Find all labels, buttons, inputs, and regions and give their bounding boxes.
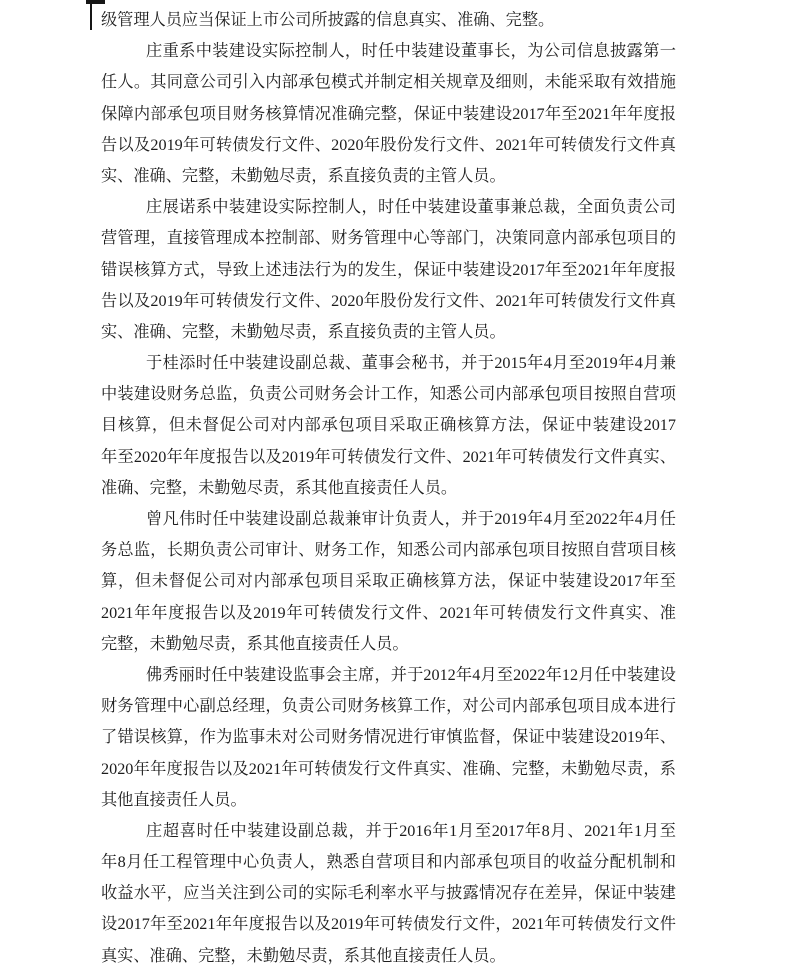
text-line: 真实、准确、完整，未勤勉尽责，系其他直接责任人员。 [101, 941, 676, 972]
paragraph: 佛秀丽时任中装建设监事会主席，并于2012年4月至2022年12月任中装建设财务… [101, 660, 676, 816]
text-line: 其他直接责任人员。 [101, 785, 676, 816]
text-line: 佛秀丽时任中装建设监事会主席，并于2012年4月至2022年12月任中装建设 [101, 660, 676, 691]
text-line: 实、准确、完整，未勤勉尽责，系直接负责的主管人员。 [101, 161, 676, 192]
text-line: 算，但未督促公司对内部承包项目采取正确核算方法，保证中装建设2017年至 [101, 566, 676, 597]
text-line: 中装建设财务总监，负责公司财务会计工作，知悉公司内部承包项目按照自营项 [101, 379, 676, 410]
text-line: 庄展诺系中装建设实际控制人，时任中装建设董事兼总裁，全面负责公司经 [101, 192, 676, 223]
text-line: 收益水平，应当关注到公司的实际毛利率水平与披露情况存在差异，保证中装建 [101, 878, 676, 909]
text-line: 告以及2019年可转债发行文件、2020年股份发行文件、2021年可转债发行文件… [101, 286, 676, 317]
text-line: 准确、完整，未勤勉尽责，系其他直接责任人员。 [101, 473, 676, 504]
text-line: 级管理人员应当保证上市公司所披露的信息真实、准确、完整。 [101, 5, 676, 36]
scan-artifact-mark [86, 0, 105, 4]
text-line: 2021年年度报告以及2019年可转债发行文件、2021年可转债发行文件真实、准… [101, 598, 676, 629]
text-line: 完整，未勤勉尽责，系其他直接责任人员。 [101, 629, 676, 660]
paragraph: 庄重系中装建设实际控制人，时任中装建设董事长，为公司信息披露第一责任人。其同意公… [101, 36, 676, 192]
paragraph: 曾凡伟时任中装建设副总裁兼审计负责人，并于2019年4月至2022年4月任财务总… [101, 504, 676, 660]
paragraph: 级管理人员应当保证上市公司所披露的信息真实、准确、完整。 [101, 5, 676, 36]
paragraph: 庄超喜时任中装建设副总裁，并于2016年1月至2017年8月、2021年1月至2… [101, 816, 676, 972]
text-line: 任人。其同意公司引入内部承包模式并制定相关规章及细则，未能采取有效措施 [101, 67, 676, 98]
text-line: 庄超喜时任中装建设副总裁，并于2016年1月至2017年8月、2021年1月至2… [101, 816, 676, 847]
text-line: 财务管理中心副总经理，负责公司财务核算工作，对公司内部承包项目成本进行 [101, 691, 676, 722]
text-line: 庄重系中装建设实际控制人，时任中装建设董事长，为公司信息披露第一责 [101, 36, 676, 67]
text-line: 年至2020年年度报告以及2019年可转债发行文件、2021年可转债发行文件真实… [101, 442, 676, 473]
text-line: 保障内部承包项目财务核算情况准确完整，保证中装建设2017年至2021年年度报 [101, 99, 676, 130]
text-line: 实、准确、完整，未勤勉尽责，系直接负责的主管人员。 [101, 317, 676, 348]
text-line: 务总监，长期负责公司审计、财务工作，知悉公司内部承包项目按照自营项目核 [101, 535, 676, 566]
paragraph: 于桂添时任中装建设副总裁、董事会秘书，并于2015年4月至2019年4月兼任中装… [101, 348, 676, 504]
document-text: 级管理人员应当保证上市公司所披露的信息真实、准确、完整。庄重系中装建设实际控制人… [101, 5, 676, 972]
text-line: 了错误核算，作为监事未对公司财务情况进行审慎监督，保证中装建设2019年、 [101, 722, 676, 753]
scan-artifact-mark-vertical [90, 0, 92, 30]
text-line: 目核算，但未督促公司对内部承包项目采取正确核算方法，保证中装建设2017 [101, 410, 676, 441]
text-line: 错误核算方式，导致上述违法行为的发生，保证中装建设2017年至2021年年度报 [101, 255, 676, 286]
text-line: 设2017年至2021年年度报告以及2019年可转债发行文件，2021年可转债发… [101, 909, 676, 940]
text-line: 告以及2019年可转债发行文件、2020年股份发行文件、2021年可转债发行文件… [101, 130, 676, 161]
text-line: 2020年年度报告以及2021年可转债发行文件真实、准确、完整，未勤勉尽责，系 [101, 754, 676, 785]
text-line: 营管理，直接管理成本控制部、财务管理中心等部门，决策同意内部承包项目的 [101, 223, 676, 254]
text-line: 年8月任工程管理中心负责人，熟悉自营项目和内部承包项目的收益分配机制和 [101, 847, 676, 878]
text-line: 曾凡伟时任中装建设副总裁兼审计负责人，并于2019年4月至2022年4月任财 [101, 504, 676, 535]
paragraph: 庄展诺系中装建设实际控制人，时任中装建设董事兼总裁，全面负责公司经营管理，直接管… [101, 192, 676, 348]
document-page: 级管理人员应当保证上市公司所披露的信息真实、准确、完整。庄重系中装建设实际控制人… [0, 0, 790, 975]
text-line: 于桂添时任中装建设副总裁、董事会秘书，并于2015年4月至2019年4月兼任 [101, 348, 676, 379]
